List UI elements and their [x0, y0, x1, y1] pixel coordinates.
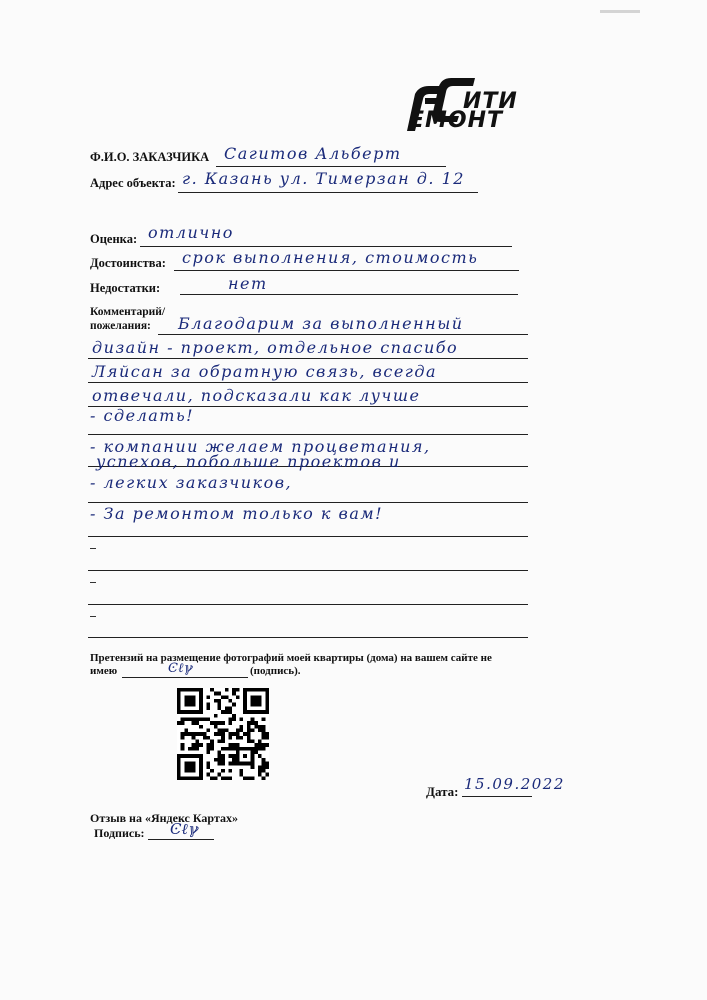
comment-label-line2: пожелания: — [90, 320, 151, 332]
date-underline — [462, 796, 532, 797]
comment-line-3: Ляйсан за обратную связь, всегда — [92, 362, 437, 381]
comment-label-line1: Комментарий/ — [90, 306, 165, 318]
comment-underline-7 — [88, 502, 528, 503]
empty-line-dash-2 — [90, 582, 96, 583]
yandex-sign-label: Подпись: — [94, 826, 145, 841]
customer-value: Сагитов Альберт — [224, 144, 402, 163]
cons-value: нет — [228, 274, 268, 293]
pros-label: Достоинства: — [90, 256, 166, 271]
empty-line-dash-1 — [90, 548, 96, 549]
consent-signature: Ͼℓℽ — [168, 660, 192, 676]
rating-underline — [140, 246, 512, 247]
rating-value: отлично — [148, 223, 234, 242]
empty-line-dash-3 — [90, 616, 96, 617]
logo-word-bottom: ЕМОНТ — [409, 108, 503, 133]
yandex-signature-line — [148, 839, 214, 840]
comment-underline-10 — [88, 604, 528, 605]
date-label: Дата: — [426, 784, 458, 800]
comment-underline-5 — [88, 434, 528, 435]
comment-line-7: успехов, побольше проектов и — [96, 452, 401, 471]
comment-line-5: - сделать! — [90, 406, 194, 425]
comment-underline-2 — [88, 358, 528, 359]
comment-line-8: - легких заказчиков, — [90, 473, 292, 492]
comment-line-9: - За ремонтом только к вам! — [90, 504, 383, 523]
comment-underline-1 — [158, 334, 528, 335]
yandex-signature: Ͼℓℽ — [170, 820, 198, 839]
comment-line-4: отвечали, подсказали как лучше — [92, 386, 421, 405]
customer-underline — [216, 166, 446, 167]
address-underline — [178, 192, 478, 193]
comment-line-2: дизайн - проект, отдельное спасибо — [92, 338, 458, 357]
cons-underline — [180, 294, 518, 295]
consent-text: Претензий на размещение фотографий моей … — [90, 652, 492, 664]
pros-value: срок выполнения, стоимость — [182, 248, 478, 267]
date-value: 15.09.2022 — [464, 775, 565, 793]
cons-label: Недостатки: — [90, 281, 160, 296]
consent-signature-line — [122, 677, 248, 678]
customer-label: Ф.И.О. ЗАКАЗЧИКА — [90, 150, 209, 165]
comment-line-1: Благодарим за выполненный — [178, 314, 464, 333]
comment-underline-11 — [88, 637, 528, 638]
company-logo: ИТИ ЕМОНТ — [395, 76, 545, 136]
rating-label: Оценка: — [90, 232, 137, 247]
consent-suffix: (подпись). — [250, 665, 301, 677]
comment-underline-8 — [88, 536, 528, 537]
comment-underline-3 — [88, 382, 528, 383]
scan-artifact — [600, 10, 640, 13]
address-label: Адрес объекта: — [90, 176, 176, 191]
qr-code[interactable] — [176, 688, 270, 780]
pros-underline — [174, 270, 519, 271]
address-value: г. Казань ул. Тимерзан д. 12 — [182, 169, 465, 188]
comment-underline-9 — [88, 570, 528, 571]
consent-prefix: имею — [90, 665, 117, 677]
yandex-review-title: Отзыв на «Яндекс Картах» — [90, 811, 238, 826]
